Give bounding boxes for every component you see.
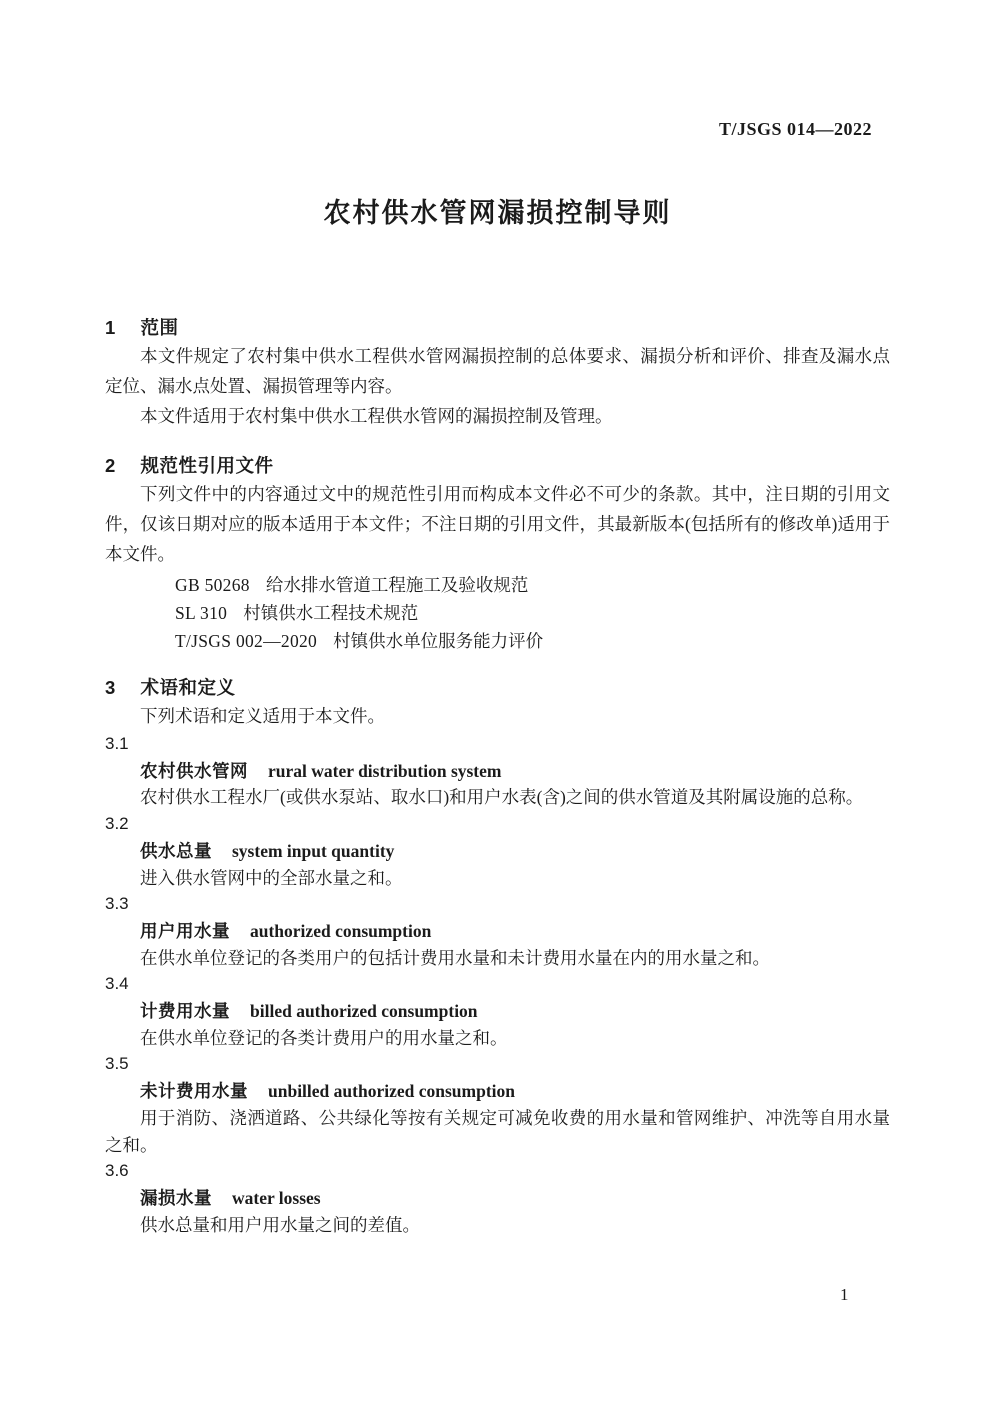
section-1-title: 范围: [140, 314, 178, 341]
term-number: 3.3: [105, 891, 890, 918]
reference-item: SL 310村镇供水工程技术规范: [105, 599, 890, 627]
term-name-en: rural water distribution system: [268, 761, 501, 781]
term-definition: 在供水单位登记的各类用户的包括计费用水量和未计费用水量在内的用水量之和。: [105, 945, 890, 972]
section-3-heading: 3 术语和定义: [105, 674, 890, 701]
term-number: 3.6: [105, 1158, 890, 1185]
reference-title: 给水排水管道工程施工及验收规范: [266, 575, 529, 595]
document-page: T/JSGS 014—2022 农村供水管网漏损控制导则 1 范围 本文件规定了…: [0, 0, 992, 1403]
term-number: 3.4: [105, 971, 890, 998]
term-name-zh: 用户用水量: [140, 921, 230, 941]
term-name-zh: 供水总量: [140, 841, 212, 861]
term-name-line: 漏损水量water losses: [105, 1185, 890, 1212]
section-2-title: 规范性引用文件: [140, 452, 273, 479]
reference-code: SL 310: [140, 599, 227, 627]
reference-title: 村镇供水单位服务能力评价: [333, 631, 543, 651]
term-name-zh: 农村供水管网: [140, 761, 248, 781]
section-2-paragraph-1: 下列文件中的内容通过文中的规范性引用而构成本文件必不可少的条款。其中，注日期的引…: [105, 479, 890, 569]
term-name-zh: 漏损水量: [140, 1188, 212, 1208]
reference-code: GB 50268: [140, 571, 250, 599]
section-2-heading: 2 规范性引用文件: [105, 452, 890, 479]
reference-code: T/JSGS 002—2020: [140, 627, 317, 655]
term-definition: 进入供水管网中的全部水量之和。: [105, 865, 890, 892]
reference-item: GB 50268给水排水管道工程施工及验收规范: [105, 571, 890, 599]
term-definition: 供水总量和用户用水量之间的差值。: [105, 1212, 890, 1239]
page-number: 1: [840, 1285, 849, 1305]
header-row: T/JSGS 014—2022: [105, 118, 890, 140]
section-1-paragraph-2: 本文件适用于农村集中供水工程供水管网的漏损控制及管理。: [105, 401, 890, 431]
term-name-zh: 计费用水量: [140, 1001, 230, 1021]
term-number: 3.1: [105, 731, 890, 758]
term-name-en: system input quantity: [232, 841, 394, 861]
term-block-3-1: 3.1 农村供水管网rural water distribution syste…: [105, 731, 890, 811]
term-name-line: 计费用水量billed authorized consumption: [105, 998, 890, 1025]
document-title: 农村供水管网漏损控制导则: [105, 192, 890, 234]
term-block-3-6: 3.6 漏损水量water losses 供水总量和用户用水量之间的差值。: [105, 1158, 890, 1238]
term-definition: 在供水单位登记的各类计费用户的用水量之和。: [105, 1025, 890, 1052]
term-block-3-4: 3.4 计费用水量billed authorized consumption 在…: [105, 971, 890, 1051]
term-definition: 农村供水工程水厂(或供水泵站、取水口)和用户水表(含)之间的供水管道及其附属设施…: [105, 784, 890, 811]
page-content: T/JSGS 014—2022 农村供水管网漏损控制导则 1 范围 本文件规定了…: [0, 0, 992, 1238]
section-1-heading: 1 范围: [105, 314, 890, 341]
terms-list: 3.1 农村供水管网rural water distribution syste…: [105, 731, 890, 1238]
term-number: 3.5: [105, 1051, 890, 1078]
term-block-3-5: 3.5 未计费用水量unbilled authorized consumptio…: [105, 1051, 890, 1158]
section-2-number: 2: [105, 452, 116, 479]
section-1-paragraph-1: 本文件规定了农村集中供水工程供水管网漏损控制的总体要求、漏损分析和评价、排查及漏…: [105, 341, 890, 401]
term-name-en: billed authorized consumption: [250, 1001, 478, 1021]
reference-title: 村镇供水工程技术规范: [243, 603, 418, 623]
term-name-line: 供水总量system input quantity: [105, 838, 890, 865]
term-name-en: unbilled authorized consumption: [268, 1081, 515, 1101]
section-3-title: 术语和定义: [140, 674, 235, 701]
term-number: 3.2: [105, 811, 890, 838]
term-name-line: 农村供水管网rural water distribution system: [105, 758, 890, 785]
term-name-zh: 未计费用水量: [140, 1081, 248, 1101]
term-block-3-3: 3.3 用户用水量authorized consumption 在供水单位登记的…: [105, 891, 890, 971]
reference-item: T/JSGS 002—2020村镇供水单位服务能力评价: [105, 627, 890, 655]
section-3-intro: 下列术语和定义适用于本文件。: [105, 701, 890, 731]
section-3-number: 3: [105, 674, 116, 701]
standard-code: T/JSGS 014—2022: [719, 119, 872, 139]
term-name-line: 未计费用水量unbilled authorized consumption: [105, 1078, 890, 1105]
term-name-line: 用户用水量authorized consumption: [105, 918, 890, 945]
section-1-number: 1: [105, 314, 116, 341]
term-definition: 用于消防、浇洒道路、公共绿化等按有关规定可减免收费的用水量和管网维护、冲洗等自用…: [105, 1105, 890, 1158]
term-name-en: authorized consumption: [250, 921, 431, 941]
term-block-3-2: 3.2 供水总量system input quantity 进入供水管网中的全部…: [105, 811, 890, 891]
term-name-en: water losses: [232, 1188, 321, 1208]
normative-references-list: GB 50268给水排水管道工程施工及验收规范 SL 310村镇供水工程技术规范…: [105, 571, 890, 655]
